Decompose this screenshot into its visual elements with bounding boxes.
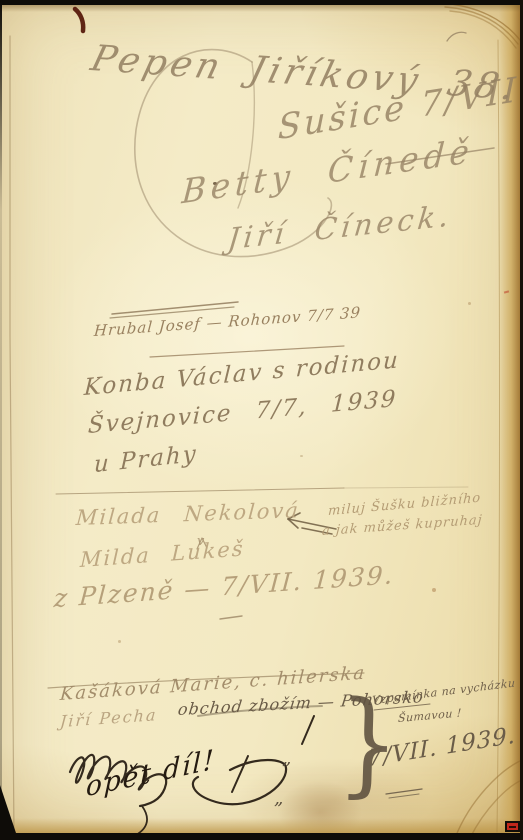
scan-border-bottom <box>0 833 523 840</box>
pencil-tick-top-right <box>447 32 466 41</box>
entry4-ditto-1: „ <box>282 748 291 769</box>
divider-line-1-ext <box>344 487 468 488</box>
stacked-pages-corner-top-right <box>440 3 520 48</box>
ink-stroke-page-number <box>75 9 83 31</box>
page-edge-inner-line <box>497 40 499 832</box>
scan-corner-wedge <box>0 785 16 833</box>
entry4-ditto-2: „ <box>274 788 283 809</box>
red-marker <box>505 821 520 832</box>
scan-border-top <box>0 0 523 5</box>
binding-crease-left <box>10 36 14 838</box>
underline-entry3-date <box>220 616 242 619</box>
scan-border-left <box>0 0 2 840</box>
paper-speck <box>118 640 121 643</box>
paper-speck <box>468 302 471 305</box>
divider-line-1 <box>56 488 344 494</box>
paper-speck <box>300 455 303 457</box>
paper-speck <box>432 588 436 592</box>
scanned-guestbook-page: Pepen Jiříkový 38. Sušice 7/VII Betty Čí… <box>0 0 523 840</box>
